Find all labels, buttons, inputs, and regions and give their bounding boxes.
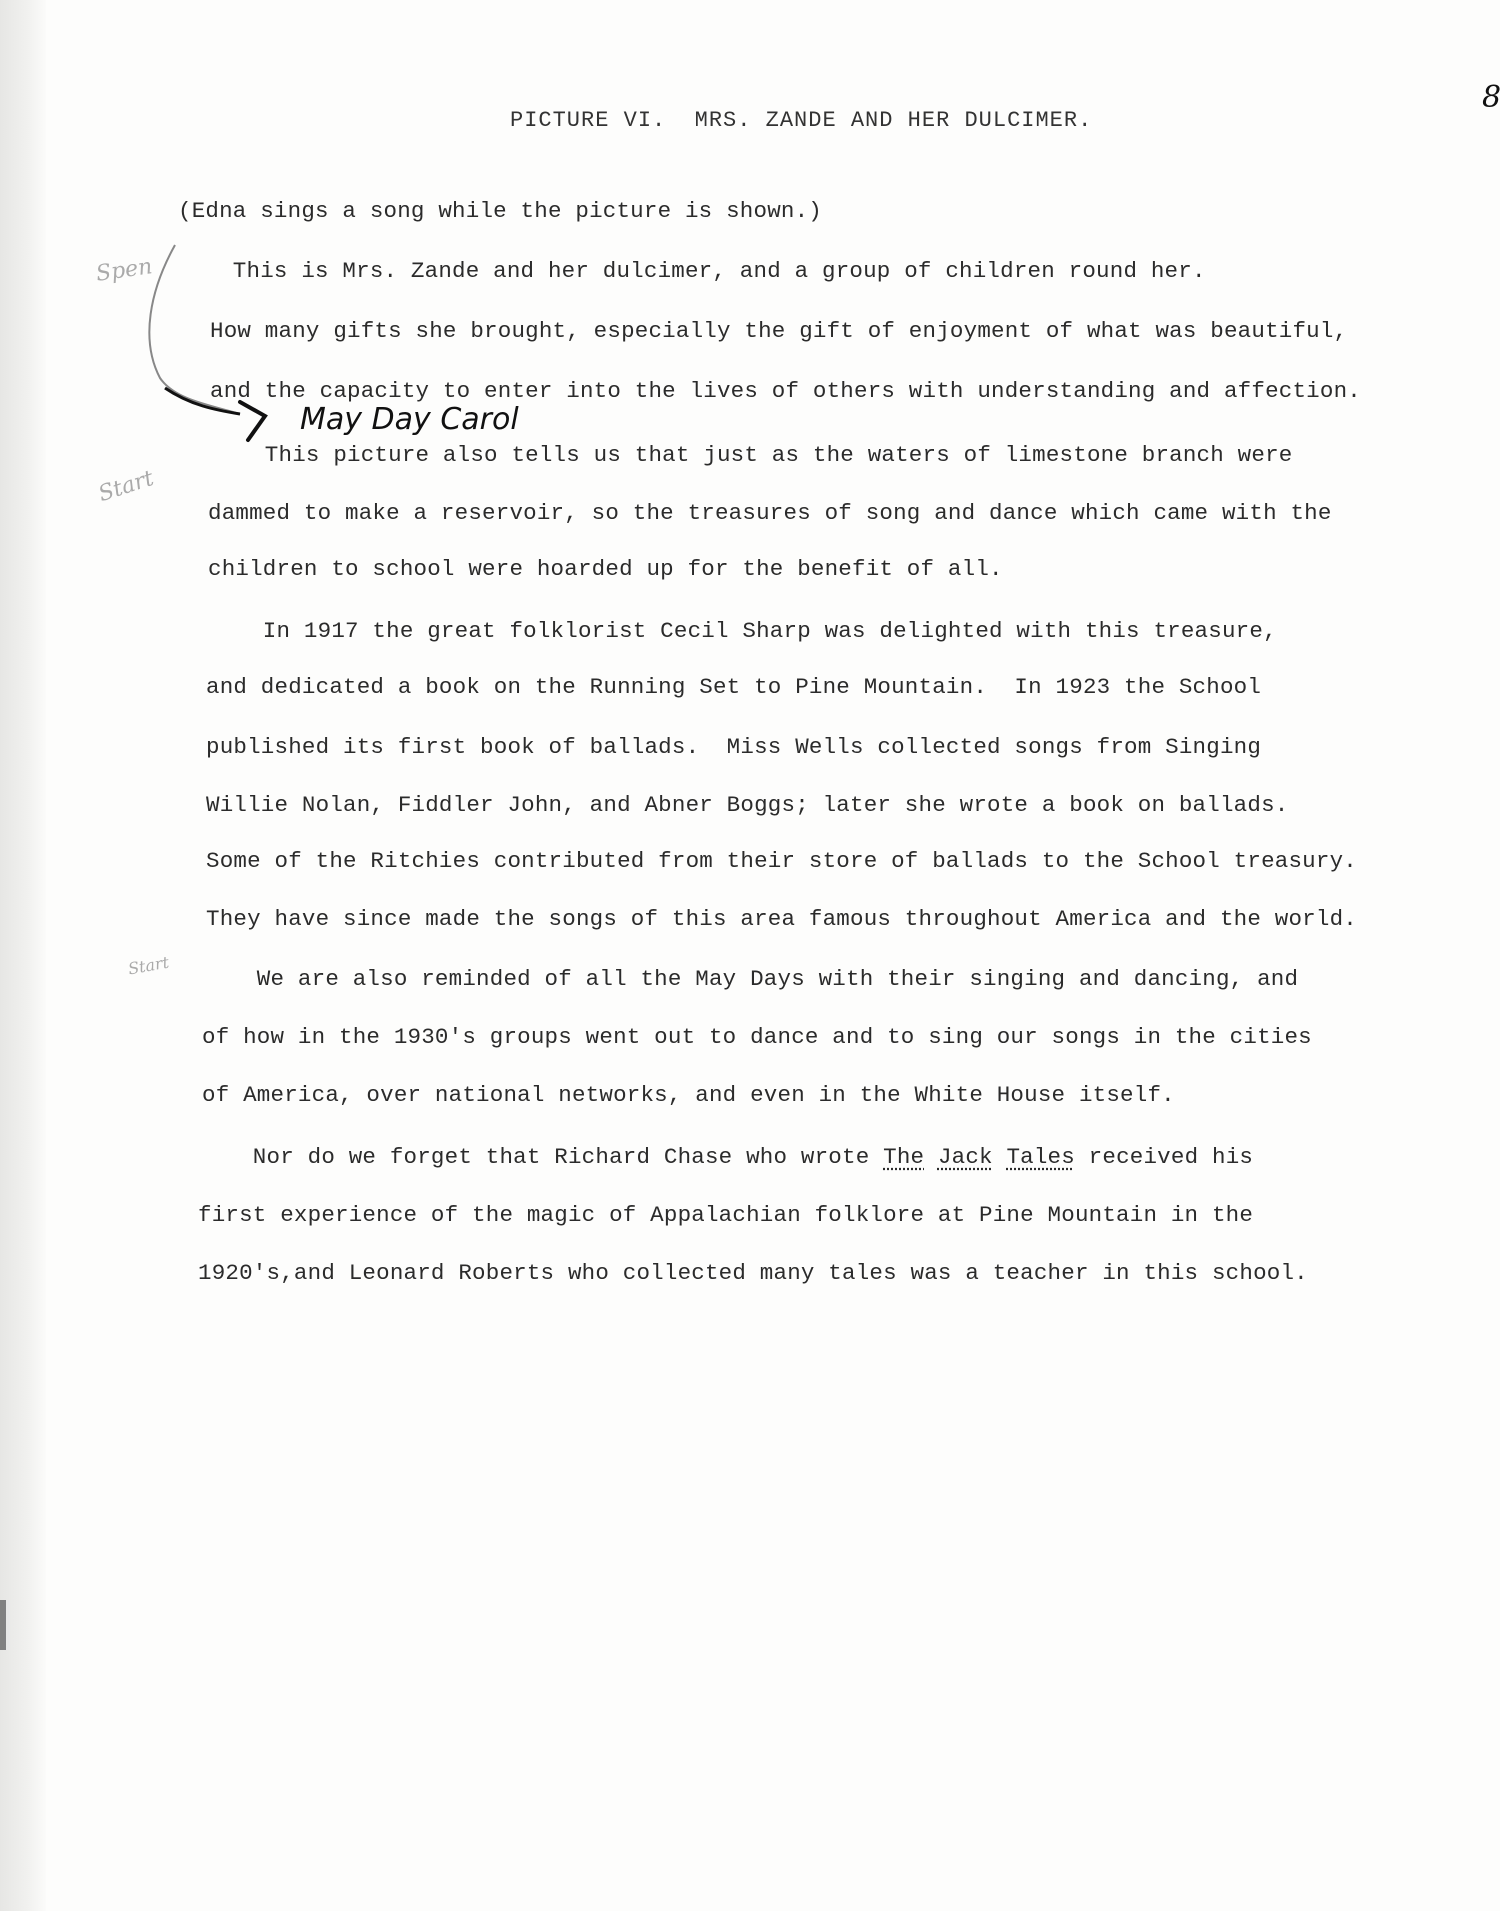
body-line: first experience of the magic of Appalac… xyxy=(198,1202,1253,1228)
body-line: of how in the 1930's groups went out to … xyxy=(202,1024,1312,1050)
body-line: of America, over national networks, and … xyxy=(202,1082,1175,1108)
body-line: This picture also tells us that just as … xyxy=(210,442,1292,468)
handwritten-page-number: 8 xyxy=(1482,80,1500,115)
margin-note-pencil: Start xyxy=(96,466,157,507)
body-line: How many gifts she brought, especially t… xyxy=(210,318,1347,344)
body-line: 1920's,and Leonard Roberts who collected… xyxy=(198,1260,1308,1286)
handwritten-insertion: May Day Carol xyxy=(300,402,519,437)
scan-edge-mark xyxy=(0,1600,6,1650)
body-line: They have since made the songs of this a… xyxy=(206,906,1357,932)
body-line: dammed to make a reservoir, so the treas… xyxy=(208,500,1332,526)
page-title: PICTURE VI. MRS. ZANDE AND HER DULCIMER. xyxy=(510,108,1092,133)
body-line: We are also reminded of all the May Days… xyxy=(202,966,1298,992)
book-title-underlined: Jack xyxy=(938,1144,993,1170)
body-line: and the capacity to enter into the lives… xyxy=(210,378,1361,404)
body-line: Some of the Ritchies contributed from th… xyxy=(206,848,1357,874)
body-line: In 1917 the great folklorist Cecil Sharp… xyxy=(208,618,1277,644)
stage-direction: (Edna sings a song while the picture is … xyxy=(178,198,822,224)
body-line: This is Mrs. Zande and her dulcimer, and… xyxy=(178,258,1206,284)
body-line: and dedicated a book on the Running Set … xyxy=(206,674,1261,700)
body-line: published its first book of ballads. Mis… xyxy=(206,734,1261,760)
margin-note-pencil: Start xyxy=(127,953,171,979)
body-text: received his xyxy=(1075,1144,1253,1170)
book-title-underlined: The xyxy=(883,1144,924,1170)
book-title-underlined: Tales xyxy=(1006,1144,1075,1170)
body-line: Willie Nolan, Fiddler John, and Abner Bo… xyxy=(206,792,1288,818)
body-line: children to school were hoarded up for t… xyxy=(208,556,1003,582)
body-line-with-title: Nor do we forget that Richard Chase who … xyxy=(198,1144,1253,1170)
body-text: Nor do we forget that Richard Chase who … xyxy=(198,1144,883,1170)
